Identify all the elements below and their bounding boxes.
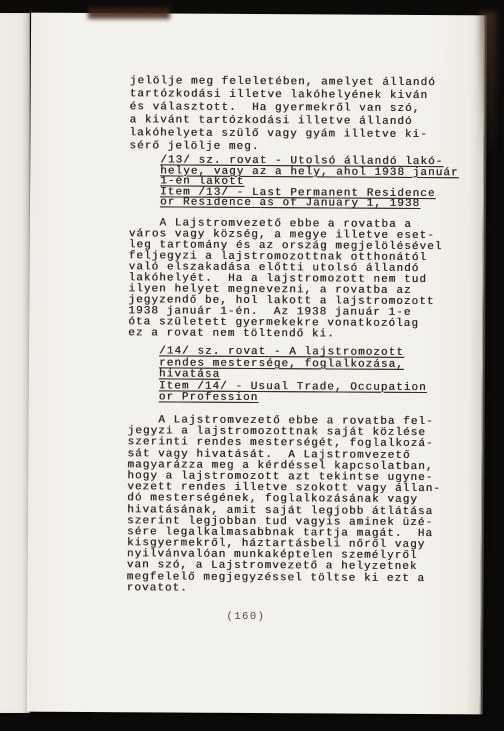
paragraph-item-13: A Lajstromvezető ebbe a rovatba aváros v… <box>128 218 442 341</box>
intro-paragraph: jelölje meg feleletében, amelyet állandó… <box>129 75 436 155</box>
book-page: jelölje meg feleletében, amelyet állandó… <box>27 13 485 715</box>
page-number: (160) <box>226 611 265 623</box>
heading-item-14: /14/ sz. rovat - A lajstromozottrendes m… <box>159 346 427 406</box>
binding-smudge <box>88 8 170 19</box>
scanned-page-photo: jelölje meg feleletében, amelyet állandó… <box>0 0 504 731</box>
text-line: or Profession <box>159 393 427 406</box>
text-line: sérő jelölje meg. <box>129 140 435 155</box>
paragraph-item-14: A Lajstromvezető ebbe a rovatba fel-jegy… <box>127 415 442 596</box>
heading-item-13: /13/ sz. rovat - Utolsó állandó lakó-hel… <box>160 155 459 210</box>
adjacent-page-edge <box>0 13 30 713</box>
text-line: rovatot. <box>127 583 441 596</box>
text-line: ez a rovat nem töltendő ki. <box>128 328 442 341</box>
typewritten-text: jelölje meg feleletében, amelyet állandó… <box>27 13 484 715</box>
text-line: or Residence as of January 1, 1938 <box>160 198 458 210</box>
binding-shadow <box>480 12 496 162</box>
